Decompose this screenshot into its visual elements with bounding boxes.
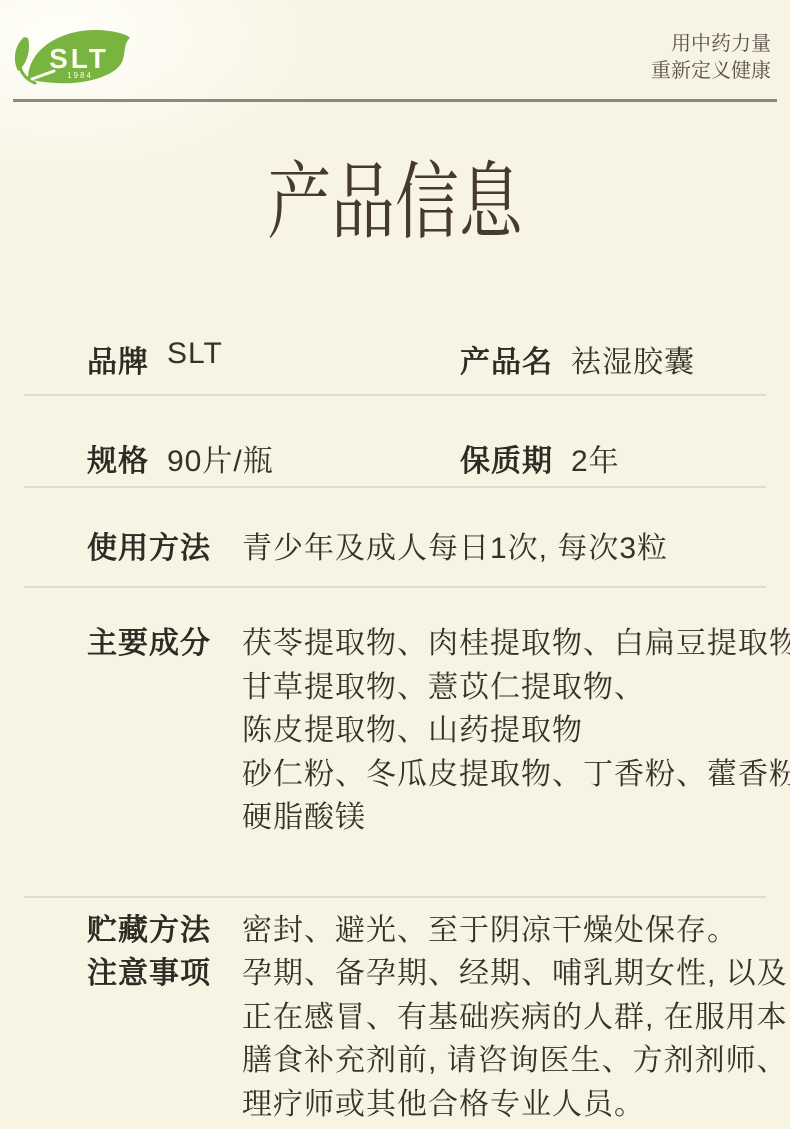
slt-leaf-logo: SLT 1984 [8, 21, 136, 89]
logo-brand-text: SLT [49, 43, 109, 74]
precautions-line: 理疗师或其他合格专业人员。 [242, 1083, 788, 1127]
slogan-line-2: 重新定义健康 [651, 58, 771, 85]
ingredients-line: 甘草提取物、薏苡仁提取物、 [242, 666, 790, 710]
header-slogan: 用中药力量 重新定义健康 [651, 31, 771, 85]
precautions-line: 孕期、备孕期、经期、哺乳期女性, 以及 [242, 952, 788, 996]
precautions-line: 正在感冒、有基础疾病的人群, 在服用本 [242, 996, 788, 1040]
product-name-label: 产品名 [460, 337, 553, 381]
brand-value: SLT [167, 337, 223, 381]
row-divider [24, 394, 766, 396]
precautions-value: 孕期、备孕期、经期、哺乳期女性, 以及 正在感冒、有基础疾病的人群, 在服用本 … [242, 952, 788, 1126]
page-title: 产品信息 [0, 152, 790, 256]
brand-row: 品牌 SLT [87, 337, 223, 381]
ingredients-line: 陈皮提取物、山药提取物 [242, 709, 790, 753]
shelf-life-row: 保质期 2年 [460, 436, 620, 480]
precautions-line: 膳食补充剂前, 请咨询医生、方剂剂师、 [242, 1039, 788, 1083]
row-divider [24, 586, 766, 588]
shelf-life-label: 保质期 [460, 436, 553, 480]
precautions-label: 注意事项 [87, 952, 242, 1126]
shelf-life-value: 2年 [571, 436, 620, 480]
usage-value: 青少年及成人每日1次, 每次3粒 [242, 527, 668, 571]
usage-row: 使用方法 青少年及成人每日1次, 每次3粒 [87, 527, 668, 571]
spec-row: 规格 90片/瓶 [87, 436, 274, 480]
usage-label: 使用方法 [87, 527, 242, 571]
ingredients-label: 主要成分 [87, 622, 242, 840]
ingredients-row: 主要成分 茯苓提取物、肉桂提取物、白扁豆提取物 甘草提取物、薏苡仁提取物、 陈皮… [87, 622, 790, 840]
row-divider [24, 896, 766, 898]
product-name-row: 产品名 祛湿胶囊 [460, 337, 695, 381]
ingredients-line: 硬脂酸镁 [242, 796, 790, 840]
product-info-page: SLT 1984 用中药力量 重新定义健康 产品信息 品牌 SLT 产品名 祛湿… [0, 0, 790, 1129]
spec-value: 90片/瓶 [167, 436, 274, 480]
storage-label: 贮藏方法 [87, 909, 242, 953]
spec-label: 规格 [87, 436, 149, 480]
brand-label: 品牌 [87, 337, 149, 381]
product-name-value: 祛湿胶囊 [571, 337, 695, 381]
ingredients-value: 茯苓提取物、肉桂提取物、白扁豆提取物 甘草提取物、薏苡仁提取物、 陈皮提取物、山… [242, 622, 790, 840]
ingredients-line: 茯苓提取物、肉桂提取物、白扁豆提取物 [242, 622, 790, 666]
logo-year-text: 1984 [67, 71, 93, 80]
ingredients-line: 砂仁粉、冬瓜皮提取物、丁香粉、藿香粉 [242, 753, 790, 797]
page-title-text: 产品信息 [267, 152, 522, 256]
storage-value: 密封、避光、至于阴凉干燥处保存。 [242, 909, 738, 953]
slogan-line-1: 用中药力量 [651, 31, 771, 58]
row-divider [24, 486, 766, 488]
precautions-row: 注意事项 孕期、备孕期、经期、哺乳期女性, 以及 正在感冒、有基础疾病的人群, … [87, 952, 788, 1126]
storage-row: 贮藏方法 密封、避光、至于阴凉干燥处保存。 [87, 909, 738, 953]
header-divider [13, 99, 777, 102]
